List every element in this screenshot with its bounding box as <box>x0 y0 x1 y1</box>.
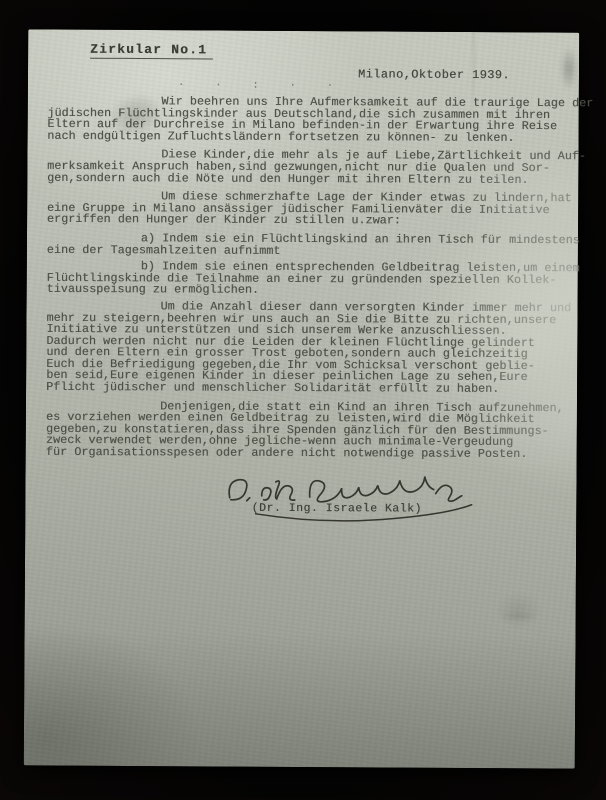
text-line: nach endgültigen Zufluchtsländern fortse… <box>47 131 575 145</box>
document-body: Wir beehren uns Ihre Aufmerksamkeit auf … <box>46 96 576 532</box>
document-title: Zirkular No.1 <box>90 42 213 60</box>
text-line: Pflicht jüdischer und menschlicher Solid… <box>46 382 574 396</box>
text-line: gen,sondern auch die Nöte und den Hunger… <box>47 172 575 186</box>
photo-background: { "meta": { "background_color": "#030303… <box>0 0 606 800</box>
paragraph: Wir beehren uns Ihre Aufmerksamkeit auf … <box>47 96 575 145</box>
dateline: Milano,Oktober 1939. <box>358 67 510 82</box>
text-line: für Organisationsspesen oder andere nich… <box>46 447 574 461</box>
paragraph: Diese Kinder,die mehr als je auf Liebe,Z… <box>47 149 575 186</box>
document-page: Zirkular No.1 Milano,Oktober 1939. · · :… <box>24 29 579 768</box>
list-item-paragraph: b) Indem sie einen entsprechenden Geldbe… <box>47 261 575 298</box>
paragraph: Um die Anzahl dieser dann versorgten Kin… <box>46 301 574 396</box>
paragraph: Denjenigen,die statt ein Kind an ihren T… <box>46 401 574 461</box>
typed-signature-name: (Dr. Ing. Israele Kalk) <box>252 502 422 514</box>
list-item-paragraph: a) Indem sie ein Flüchtlingskind an ihre… <box>47 233 575 258</box>
paragraph: Um diese schmerzhafte Lage der Kinder et… <box>47 191 575 228</box>
typewriter-stray-dots: · · : · · <box>178 79 345 92</box>
edge-smudge <box>556 37 582 101</box>
handwritten-signature <box>214 466 514 531</box>
signature-block: (Dr. Ing. Israele Kalk) <box>214 466 514 531</box>
pencil-mark <box>487 584 551 636</box>
